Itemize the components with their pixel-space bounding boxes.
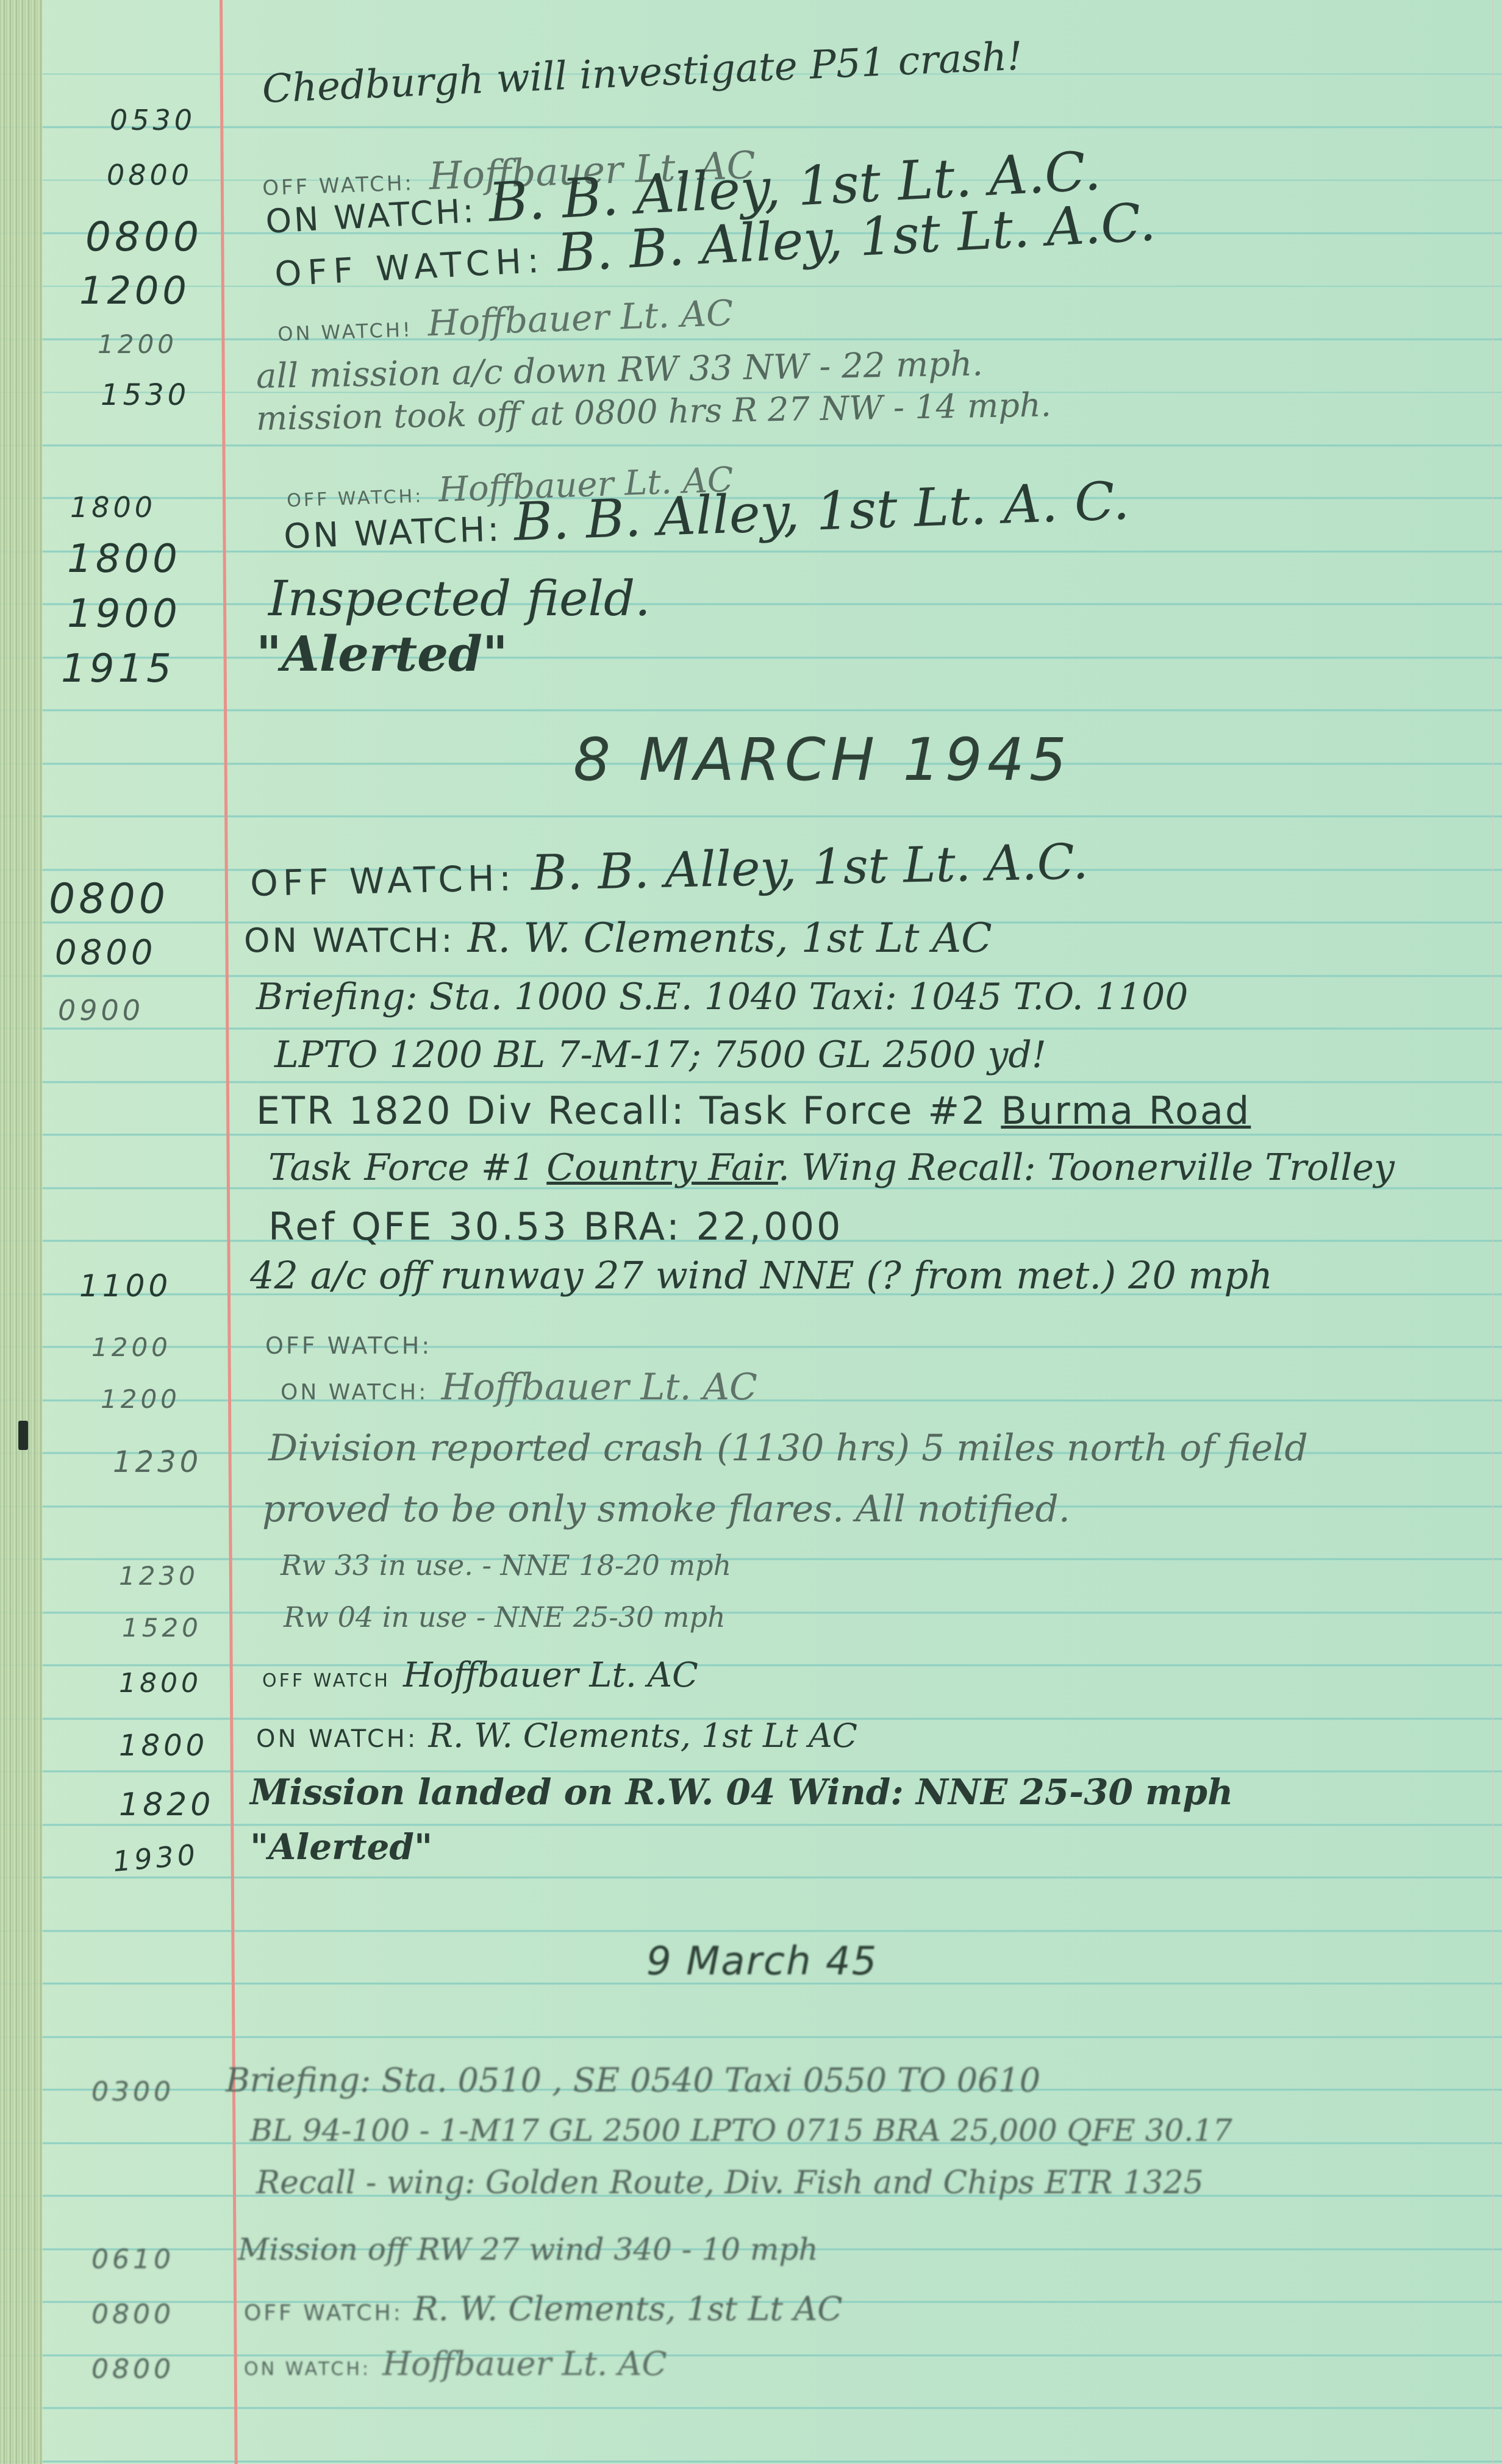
officer-name: B. B. Alley, 1st Lt. A.C. bbox=[531, 833, 1089, 901]
watch-label: ON WATCH! bbox=[277, 318, 413, 346]
officer-name: R. W. Clements, 1st Lt AC bbox=[468, 915, 992, 962]
signature: Hoffbauer Lt. AC bbox=[382, 2344, 667, 2383]
entry-time: 1820 bbox=[119, 1787, 214, 1823]
entry-text: Chedburgh will investigate P51 crash! bbox=[261, 34, 1023, 112]
entry-time: 0800 bbox=[49, 875, 169, 923]
watch-entry: ON WATCH: R. W. Clements, 1st Lt AC bbox=[256, 1716, 857, 1755]
entry-time: 0800 bbox=[91, 2354, 174, 2385]
entry-text: Mission landed on R.W. 04 Wind: NNE 25-3… bbox=[250, 1771, 1233, 1813]
watch-entry: ON WATCH: Hoffbauer Lt. AC bbox=[281, 1366, 757, 1409]
entry-time: 1930 bbox=[112, 1838, 200, 1878]
entry-time: 1800 bbox=[119, 1729, 208, 1763]
watch-entry: OFF WATCH Hoffbauer Lt. AC bbox=[262, 1655, 698, 1695]
watch-entry: OFF WATCH: R. W. Clements, 1st Lt AC bbox=[244, 2290, 843, 2328]
watch-label: ON WATCH: bbox=[256, 1725, 418, 1753]
entry-text: "Alerted" bbox=[250, 1826, 432, 1868]
entry-text-part: ETR 1820 Div Recall: Task Force #2 bbox=[256, 1088, 1001, 1133]
page-right-edge bbox=[1492, 0, 1493, 2464]
date-heading: 9 March 45 bbox=[646, 1939, 878, 1984]
entry-text: proved to be only smoke flares. All noti… bbox=[262, 1488, 1070, 1530]
entry-time: 1200 bbox=[98, 329, 177, 359]
watch-label: ON WATCH: bbox=[244, 921, 455, 960]
entry-time: 1800 bbox=[70, 491, 156, 524]
entry-time: 0800 bbox=[85, 213, 202, 260]
entry-time: 1530 bbox=[101, 378, 190, 412]
signature: Hoffbauer Lt. AC bbox=[441, 1366, 757, 1409]
watch-label: OFF WATCH bbox=[262, 1670, 390, 1691]
entry-time: 1230 bbox=[119, 1561, 199, 1591]
entry-text: "Alerted" bbox=[256, 625, 508, 682]
stacked-page-edges bbox=[0, 0, 43, 2464]
watch-label: ON WATCH: bbox=[244, 2359, 371, 2380]
entry-time: 1230 bbox=[113, 1445, 202, 1479]
watch-entry: OFF WATCH: B. B. Alley, 1st Lt. A.C. bbox=[249, 833, 1089, 907]
entry-text: BL 94-100 - 1-M17 GL 2500 LPTO 0715 BRA … bbox=[250, 2113, 1232, 2148]
entry-time: 0300 bbox=[91, 2076, 174, 2107]
entry-time: 1800 bbox=[119, 1668, 202, 1699]
entry-text: Rw 04 in use - NNE 25-30 mph bbox=[284, 1601, 726, 1634]
watch-label: OFF WATCH: bbox=[249, 857, 516, 904]
watch-entry: ON WATCH! Hoffbauer Lt. AC bbox=[277, 292, 734, 349]
entry-time: 1200 bbox=[91, 1332, 171, 1362]
entry-time: 1800 bbox=[67, 537, 181, 582]
entry-text: Task Force #1 Country Fair. Wing Recall:… bbox=[268, 1146, 1395, 1189]
entry-time: 1200 bbox=[79, 268, 190, 313]
underlined-codeword: Country Fair bbox=[546, 1146, 778, 1189]
entry-time: 1520 bbox=[122, 1613, 202, 1643]
officer-name: R. W. Clements, 1st Lt AC bbox=[413, 2290, 843, 2328]
entry-time: 1100 bbox=[79, 1268, 171, 1304]
entry-text: 42 a/c off runway 27 wind NNE (? from me… bbox=[250, 1253, 1273, 1298]
entry-time: 0900 bbox=[58, 994, 144, 1027]
watch-entry: ON WATCH: Hoffbauer Lt. AC bbox=[244, 2344, 667, 2383]
signature: Hoffbauer Lt. AC bbox=[403, 1655, 698, 1695]
entry-text: LPTO 1200 BL 7-M-17; 7500 GL 2500 yd! bbox=[274, 1034, 1046, 1076]
entry-time: 0610 bbox=[91, 2244, 174, 2275]
watch-label: OFF WATCH: bbox=[244, 2301, 403, 2326]
binding-mark bbox=[18, 1421, 28, 1450]
entry-text: ETR 1820 Div Recall: Task Force #2 Burma… bbox=[256, 1088, 1251, 1133]
entry-text: Recall - wing: Golden Route, Div. Fish a… bbox=[256, 2165, 1204, 2201]
entry-text: Inspected field. bbox=[268, 570, 651, 627]
entry-time: 1200 bbox=[101, 1384, 181, 1414]
entry-text-part: Task Force #1 bbox=[268, 1146, 546, 1189]
watch-label: ON WATCH: bbox=[281, 1380, 428, 1405]
entry-text: Rw 33 in use. - NNE 18-20 mph bbox=[281, 1549, 731, 1582]
watch-label: OFF WATCH: bbox=[265, 1332, 432, 1359]
entry-time: 0800 bbox=[107, 159, 193, 191]
log-book-page: 0530 Chedburgh will investigate P51 cras… bbox=[0, 0, 1502, 2464]
entry-time: 0800 bbox=[91, 2299, 174, 2330]
entry-time: 0530 bbox=[110, 104, 196, 137]
underlined-codeword: Burma Road bbox=[1001, 1088, 1251, 1133]
entry-time: 1915 bbox=[61, 646, 175, 691]
signature: Hoffbauer Lt. AC bbox=[427, 292, 734, 344]
entry-text: Briefing: Sta. 0510 , SE 0540 Taxi 0550 … bbox=[226, 2061, 1040, 2099]
entry-text-part: . Wing Recall: Toonerville Trolley bbox=[778, 1146, 1395, 1189]
watch-label: OFF WATCH: bbox=[274, 241, 546, 295]
watch-label: ON WATCH: bbox=[283, 510, 502, 557]
date-heading: 8 MARCH 1945 bbox=[573, 726, 1071, 794]
officer-name: R. W. Clements, 1st Lt AC bbox=[428, 1716, 857, 1755]
entry-text: Division reported crash (1130 hrs) 5 mil… bbox=[268, 1427, 1308, 1469]
entry-text: Ref QFE 30.53 BRA: 22,000 bbox=[268, 1204, 843, 1249]
watch-entry: ON WATCH: R. W. Clements, 1st Lt AC bbox=[244, 915, 992, 962]
entry-text: Mission off RW 27 wind 340 - 10 mph bbox=[238, 2232, 818, 2267]
entry-text: Briefing: Sta. 1000 S.E. 1040 Taxi: 1045… bbox=[256, 976, 1188, 1018]
entry-time: 1900 bbox=[67, 591, 181, 637]
entry-time: 0800 bbox=[55, 933, 157, 973]
